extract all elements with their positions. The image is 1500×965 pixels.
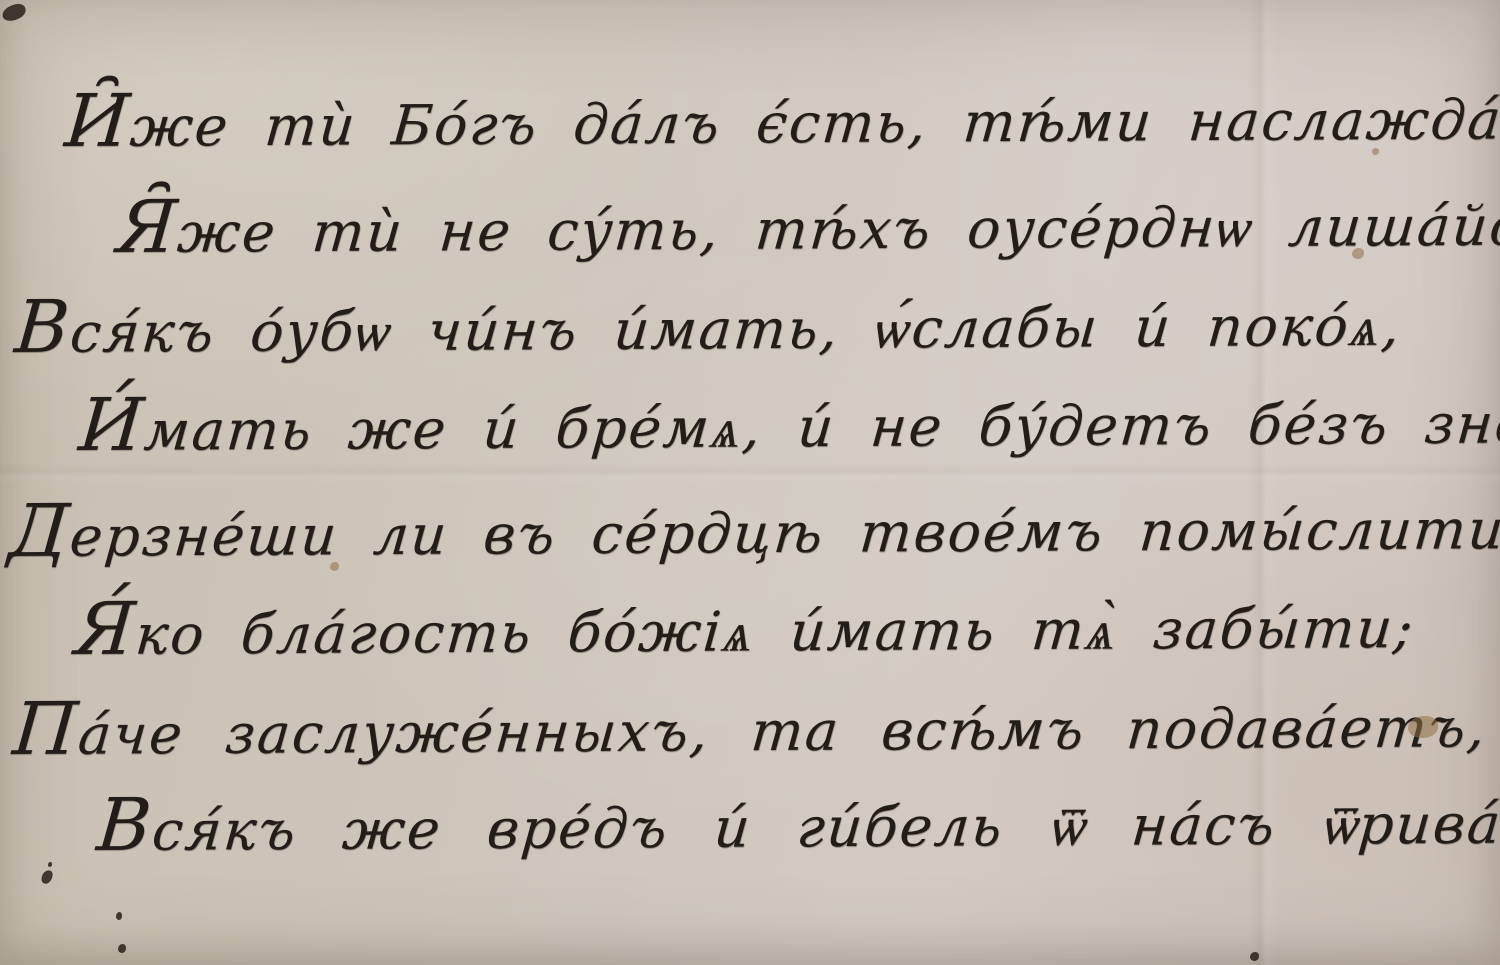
ink-blot [0, 2, 27, 24]
paper-stain [330, 562, 339, 571]
ink-blot [40, 869, 55, 886]
paper-stain [1408, 716, 1438, 738]
manuscript-line-2: Я̑же тѝ не су́ть, тѣ́хъ оусе́рднѡ лиша́й… [114, 178, 1500, 270]
ink-speck [118, 944, 126, 953]
manuscript-line-5: Дерзне́ши ли въ се́рдцѣ твое́мъ помы́сли… [6, 482, 1500, 574]
manuscript-line-7: Па́че заслуже́нныхъ, та всѣ́мъ подава́ет… [10, 680, 1491, 772]
ink-speck [116, 912, 122, 920]
manuscript-line-1: И̑же тѝ Бо́гъ да́лъ є́сть, тѣ́ми наслажд… [62, 72, 1500, 164]
ink-speck [48, 862, 52, 867]
ink-speck [1250, 952, 1259, 961]
manuscript-line-3: Вся́къ о́убѡ чи́нъ и́мать, ѡ́слабы и́ по… [12, 279, 1405, 370]
paper-stain [1372, 148, 1379, 155]
manuscript-page: И̑же тѝ Бо́гъ да́лъ є́сть, тѣ́ми наслажд… [0, 0, 1500, 965]
manuscript-line-8: Вся́къ же вре́дъ и́ ги́бель ѿ на́съ ѿрив… [94, 776, 1500, 868]
manuscript-line-6: Я́ко бла́гость бо́жіѧ и́мать тѧ̀ забы́ти… [72, 581, 1418, 672]
paper-stain [1352, 248, 1364, 259]
manuscript-line-4: И́мать же и́ бре́мѧ, и́ не бу́детъ бе́зъ… [76, 376, 1500, 468]
